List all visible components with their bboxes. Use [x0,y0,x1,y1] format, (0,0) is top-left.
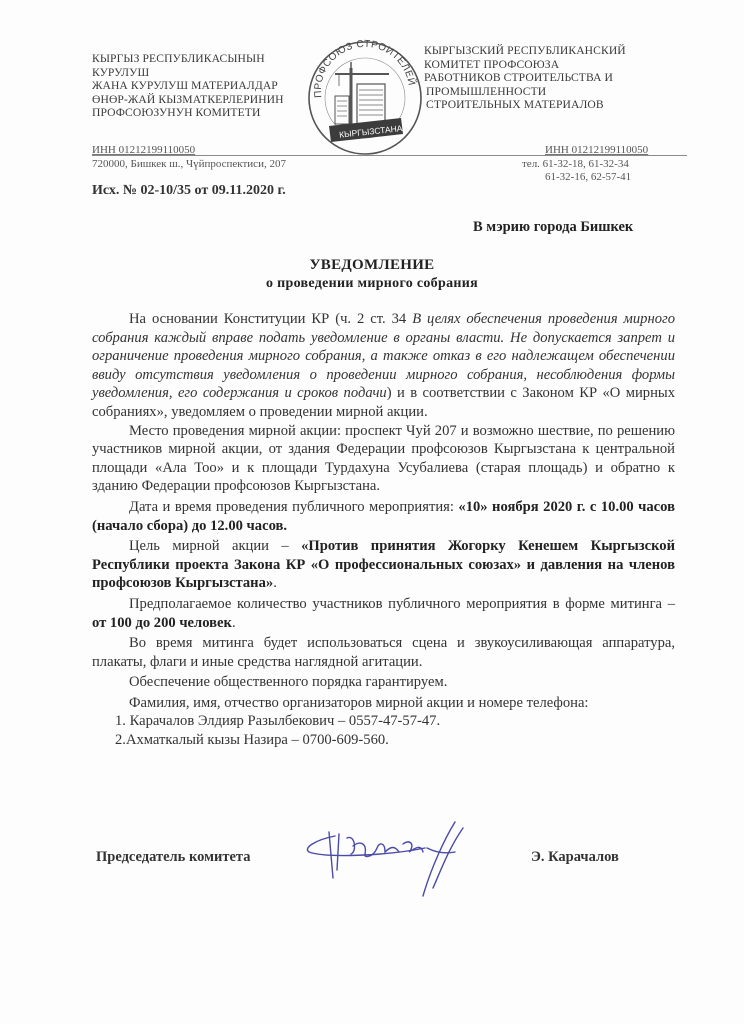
organizer-item: 2.Ахматкалый кызы Назира – 0700-609-560. [92,731,675,750]
document-title: УВЕДОМЛЕНИЕ [0,257,744,274]
document-page: КЫРГЫЗ РЕСПУБЛИКАСЫНЫН КУРУЛУШ ЖАНА КУРУ… [0,0,744,1024]
paragraph-order: Обеспечение общественного порядка гарант… [92,673,675,692]
letterhead-right-russian: КЫРГЫЗСКИЙ РЕСПУБЛИКАНСКИЙ КОМИТЕТ ПРОФС… [424,44,684,112]
letterhead-line: РАБОТНИКОВ СТРОИТЕЛЬСТВА И [424,71,684,85]
letterhead-line: ӨНӨР-ЖАЙ КЫЗМАТКЕРЛЕРИНИН [92,93,312,107]
address-left: 720000, Бишкек ш., Чүйпроспектиси, 207 [92,158,286,170]
letterhead-line: ЖАНА КУРУЛУШ МАТЕРИАЛДАР [92,79,312,93]
paragraph-organizers-intro: Фамилия, имя, отчество организаторов мир… [92,694,675,713]
paragraph-purpose: Цель мирной акции – «Против принятия Жог… [92,537,675,593]
letterhead-line: ПРОФСОЮЗУНУН КОМИТЕТИ [92,106,312,120]
letterhead-line: КЫРГЫЗСКИЙ РЕСПУБЛИКАНСКИЙ [424,44,684,58]
handwritten-signature-icon [295,818,475,904]
document-body: На основании Конституции КР (ч. 2 ст. 34… [92,310,675,750]
phone-line-1: тел. 61-32-18, 61-32-34 [522,158,629,170]
letterhead-line: СТРОИТЕЛЬНЫХ МАТЕРИАЛОВ [424,98,684,112]
outgoing-reference: Исх. № 02-10/35 от 09.11.2020 г. [92,183,286,199]
paragraph-location: Место проведения мирной акции: проспект … [92,422,675,496]
paragraph-participants: Предполагаемое количество участников пуб… [92,595,675,632]
letterhead-line: КЫРГЫЗ РЕСПУБЛИКАСЫНЫН [92,52,312,66]
letterhead-left-kyrgyz: КЫРГЫЗ РЕСПУБЛИКАСЫНЫН КУРУЛУШ ЖАНА КУРУ… [92,52,312,120]
letterhead-line: КУРУЛУШ [92,66,312,80]
paragraph-legal-basis: На основании Конституции КР (ч. 2 ст. 34… [92,310,675,422]
signatory-name: Э. Карачалов [531,849,619,866]
union-logo-icon: ПРОФСОЮЗ СТРОИТЕЛЕЙ КЫРГЫЗСТАНА [305,38,425,158]
organizer-item: 1. Карачалов Элдияр Разылбекович – 0557-… [92,712,675,731]
paragraph-datetime: Дата и время проведения публичного мероп… [92,498,675,535]
letterhead-line: ПРОМЫШЛЕННОСТИ [424,85,684,99]
signatory-title: Председатель комитета [96,849,250,866]
svg-text:ПРОФСОЮЗ СТРОИТЕЛЕЙ: ПРОФСОЮЗ СТРОИТЕЛЕЙ [313,39,419,98]
document-subtitle: о проведении мирного собрания [0,276,744,292]
letterhead-divider [92,155,687,156]
paragraph-equipment: Во время митинга будет использоваться сц… [92,634,675,671]
phone-line-2: 61-32-16, 62-57-41 [545,171,631,183]
addressee: В мэрию города Бишкек [473,219,633,236]
letterhead-line: КОМИТЕТ ПРОФСОЮЗА [424,58,684,72]
